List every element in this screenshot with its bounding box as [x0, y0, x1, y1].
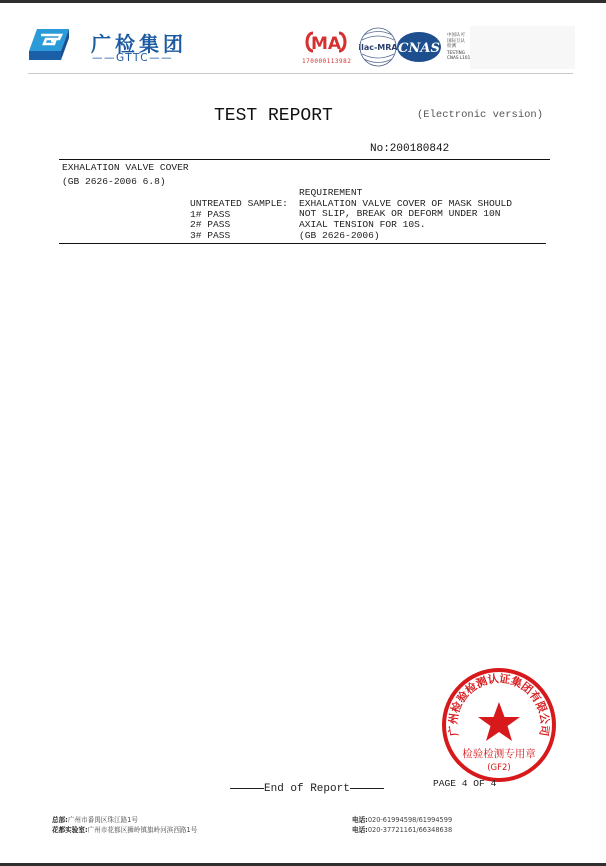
sample-result: 3# PASS	[190, 231, 288, 242]
requirement-line: (GB 2626-2006)	[299, 231, 512, 242]
footer-addresses: 总部:广州市番禺区珠江路1号 花都实验室:广州市花都区狮岭镇旗岭河滨西路1号	[52, 815, 197, 835]
sample-results: UNTREATED SAMPLE:1# PASS2# PASS3# PASS	[190, 199, 288, 242]
footer-phones: 电话:020-61994598/61994599 电话:020-37721161…	[352, 815, 452, 835]
report-title: TEST REPORT	[214, 106, 333, 126]
page-indicator: PAGE 4 OF 4	[433, 778, 496, 789]
svg-text:ilac-MRA: ilac-MRA	[358, 43, 398, 52]
svg-text:MA: MA	[311, 34, 342, 53]
hq-label: 总部:	[52, 816, 68, 824]
svg-text:检验检测专用章: 检验检测专用章	[462, 747, 536, 760]
gttc-logo-icon	[27, 27, 69, 60]
brand-code: GTTC	[116, 52, 149, 64]
test-item-name: EXHALATION VALVE COVER	[62, 163, 189, 174]
cma-mark-icon: MA	[303, 31, 349, 53]
header-divider	[28, 73, 573, 74]
cnas-logo-icon: CNAS	[396, 31, 442, 63]
table-bottom-rule	[59, 243, 546, 244]
dash-rule	[230, 788, 264, 789]
tel-label: 电话:	[352, 816, 368, 824]
official-seal-icon: 广州检验检测认证集团有限公司 检验检测专用章 (GF2)	[440, 666, 558, 784]
table-top-rule	[59, 159, 550, 160]
dash-rule	[350, 788, 384, 789]
version-note: (Electronic version)	[417, 109, 543, 121]
end-of-report: End of Report	[230, 783, 384, 795]
brand-name-en: ——GTTC——	[92, 52, 173, 64]
cma-code: 170000113982	[302, 58, 351, 65]
header-blank-area	[470, 26, 575, 69]
end-of-report-label: End of Report	[264, 783, 350, 795]
report-number: No:200180842	[370, 143, 449, 155]
tel-label: 电话:	[352, 826, 368, 834]
hq-address: 广州市番禺区珠江路1号	[68, 816, 138, 824]
requirement-text: REQUIREMENTEXHALATION VALVE COVER OF MAS…	[299, 188, 512, 242]
viewer-top-bar	[0, 0, 606, 3]
svg-text:(GF2): (GF2)	[487, 763, 511, 773]
svg-text:CNAS: CNAS	[398, 41, 440, 56]
test-item-standard: (GB 2626-2006 6.8)	[62, 177, 166, 188]
tel-number: 020-61994598/61994599	[368, 816, 452, 824]
lab-label: 花都实验室:	[52, 826, 88, 834]
lab-address: 广州市花都区狮岭镇旗岭河滨西路1号	[88, 826, 198, 834]
tel-number: 020-37721161/66348638	[368, 826, 452, 834]
